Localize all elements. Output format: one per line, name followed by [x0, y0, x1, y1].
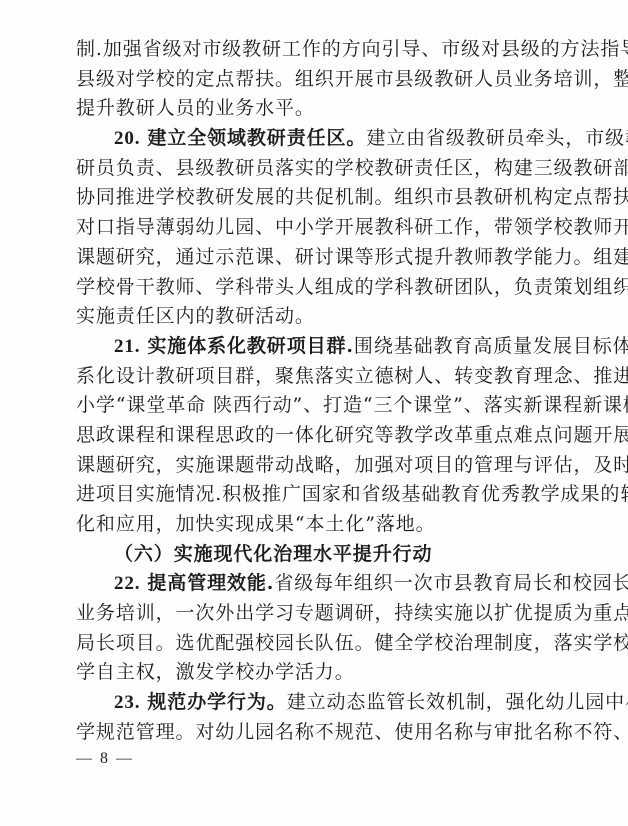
item-text: 围绕基础教育高质量发展目标体 [354, 335, 628, 357]
item-text: 建立由省级教研员牵头，市级教 [366, 127, 628, 149]
section-heading: （六）实施现代化治理水平提升行动 [76, 540, 563, 570]
item-title: 规范办学行为。 [147, 691, 286, 713]
item-title: 提高管理效能. [147, 572, 274, 594]
text-line: 学校骨干教师、学科带头人组成的学科教研团队，负责策划组织和 [76, 273, 563, 303]
text-line: 实施责任区内的教研活动。 [76, 302, 563, 332]
item-text: 建立动态监管长效机制，强化幼儿园中小 [287, 691, 628, 713]
text-line: 制.加强省级对市级教研工作的方向引导、市级对县级的方法指导、 [76, 35, 563, 65]
text-line: 进项目实施情况.积极推广国家和省级基础教育优秀教学成果的转 [76, 480, 563, 510]
item-number: 23. [114, 692, 140, 713]
text-line: 系化设计教研项目群，聚焦落实立德树人、转变教育理念、推进中 [76, 362, 563, 392]
item-23-first-line: 23. 规范办学行为。建立动态监管长效机制，强化幼儿园中小 [76, 688, 563, 718]
text-line: 课题研究，通过示范课、研讨课等形式提升教师教学能力。组建由 [76, 243, 563, 273]
item-title: 建立全领域教研责任区。 [147, 127, 366, 149]
item-title: 实施体系化教研项目群. [147, 335, 354, 357]
text-line: 小学“课堂革命 陕西行动”、打造“三个课堂”、落实新课程新课标、 [76, 391, 563, 421]
text-line: 局长项目。选优配强校园长队伍。健全学校治理制度，落实学校办 [76, 629, 563, 659]
document-page: 制.加强省级对市级教研工作的方向引导、市级对县级的方法指导、 县级对学校的定点帮… [76, 35, 563, 748]
text-line: 课题研究，实施课题带动战略，加强对项目的管理与评估，及时跟 [76, 451, 563, 481]
text-line: 业务培训，一次外出学习专题调研，持续实施以扩优提质为重点的 [76, 599, 563, 629]
text-line: 提升教研人员的业务水平。 [76, 94, 563, 124]
item-number: 22. [114, 573, 140, 594]
item-number: 20. [114, 128, 140, 149]
text-line: 思政课程和课程思政的一体化研究等教学改革重点难点问题开展 [76, 421, 563, 451]
text-line: 对口指导薄弱幼儿园、中小学开展教科研工作，带领学校教师开展 [76, 213, 563, 243]
item-21-first-line: 21. 实施体系化教研项目群.围绕基础教育高质量发展目标体 [76, 332, 563, 362]
text-line: 学自主权，激发学校办学活力。 [76, 658, 563, 688]
item-number: 21. [114, 336, 140, 357]
item-22-first-line: 22. 提高管理效能.省级每年组织一次市县教育局长和校园长 [76, 569, 563, 599]
item-20-first-line: 20. 建立全领域教研责任区。建立由省级教研员牵头，市级教 [76, 124, 563, 154]
text-line: 学规范管理。对幼儿园名称不规范、使用名称与审批名称不符、虚 [76, 718, 563, 748]
page-number: — 8 — [76, 750, 134, 768]
item-text: 省级每年组织一次市县教育局长和校园长 [274, 572, 628, 594]
text-line: 县级对学校的定点帮扶。组织开展市县级教研人员业务培训，整体 [76, 65, 563, 95]
text-line: 协同推进学校教研发展的共促机制。组织市县教研机构定点帮扶、 [76, 183, 563, 213]
text-line: 化和应用，加快实现成果“本土化”落地。 [76, 510, 563, 540]
text-line: 研员负责、县级教研员落实的学校教研责任区，构建三级教研部门 [76, 154, 563, 184]
